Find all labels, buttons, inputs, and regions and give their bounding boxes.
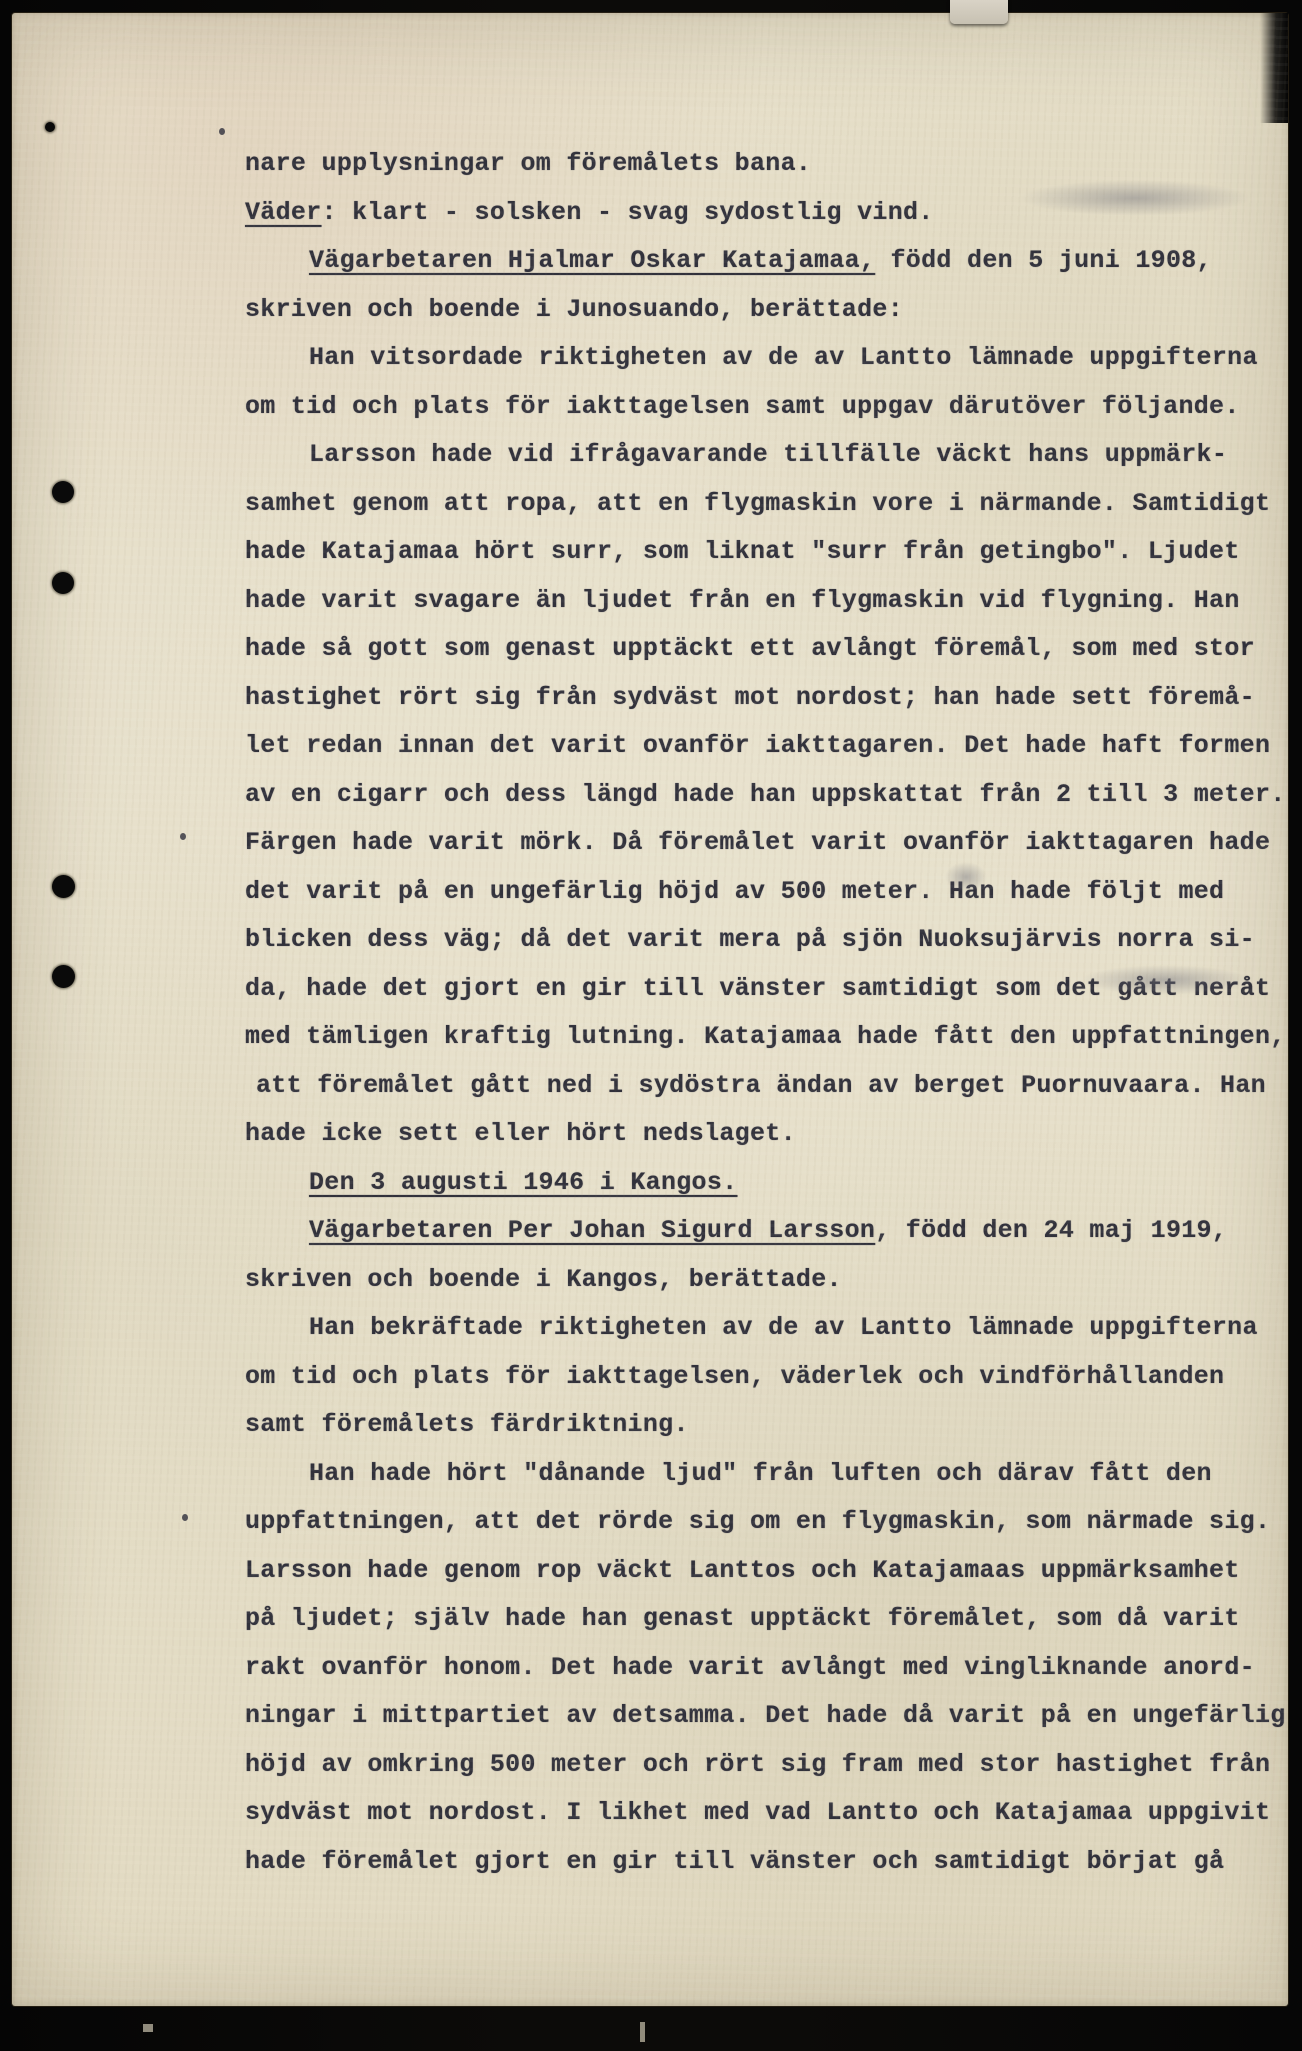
punch-hole: [52, 481, 74, 503]
text-line: rakt ovanför honom. Det hade varit avlån…: [245, 1644, 1284, 1693]
text-segment: Larsson hade genom rop väckt Lanttos och…: [245, 1556, 1240, 1585]
text-line: hade så gott som genast upptäckt ett avl…: [245, 625, 1284, 674]
text-segment: nare upplysningar om föremålets bana.: [245, 149, 811, 178]
text-segment: ningar i mittpartiet av detsamma. Det ha…: [245, 1701, 1286, 1730]
text-segment: om tid och plats för iakttagelsen, väder…: [245, 1362, 1224, 1391]
text-line: höjd av omkring 500 meter och rört sig f…: [245, 1741, 1284, 1790]
text-line: sydväst mot nordost. I likhet med vad La…: [245, 1789, 1284, 1838]
punch-hole: [52, 875, 75, 898]
text-segment: född den 5 juni 1908,: [875, 246, 1212, 275]
text-segment: med tämligen kraftig lutning. Katajamaa …: [245, 1022, 1286, 1051]
text-segment: uppfattningen, att det rörde sig om en f…: [245, 1507, 1270, 1536]
text-segment: Han bekräftade riktigheten av de av Lant…: [309, 1313, 1258, 1342]
text-line: att föremålet gått ned i sydöstra ändan …: [245, 1062, 1284, 1111]
text-segment: samt föremålets färdriktning.: [245, 1410, 689, 1439]
punch-hole: [45, 122, 55, 132]
corner-tab: [950, 0, 1008, 24]
text-segment: av en cigarr och dess längd hade han upp…: [245, 780, 1286, 809]
punch-hole: [52, 965, 75, 988]
text-segment: hade så gott som genast upptäckt ett avl…: [245, 634, 1255, 663]
text-line: Vägarbetaren Per Johan Sigurd Larsson, f…: [245, 1207, 1284, 1256]
text-segment: Han hade hört "dånande ljud" från luften…: [309, 1459, 1212, 1488]
text-line: samhet genom att ropa, att en flygmaskin…: [245, 480, 1284, 529]
text-segment: hade varit svagare än ljudet från en fly…: [245, 586, 1240, 615]
text-line: på ljudet; själv hade han genast upptäck…: [245, 1595, 1284, 1644]
text-segment: blicken dess väg; då det varit mera på s…: [245, 925, 1255, 954]
text-line: Han vitsordade riktigheten av de av Lant…: [245, 334, 1284, 383]
text-line: let redan innan det varit ovanför iaktta…: [245, 722, 1284, 771]
scanned-page: nare upplysningar om föremålets bana.Väd…: [0, 0, 1302, 2051]
text-segment: sydväst mot nordost. I likhet med vad La…: [245, 1798, 1270, 1827]
text-segment: om tid och plats för iakttagelsen samt u…: [245, 392, 1240, 421]
text-segment: höjd av omkring 500 meter och rört sig f…: [245, 1750, 1270, 1779]
text-segment: samhet genom att ropa, att en flygmaskin…: [245, 489, 1270, 518]
text-line: skriven och boende i Junosuando, berätta…: [245, 286, 1284, 335]
punch-hole: [52, 572, 74, 594]
text-line: hade icke sett eller hört nedslaget.: [245, 1110, 1284, 1159]
underlined-text: Väder: [245, 198, 322, 227]
text-line: samt föremålets färdriktning.: [245, 1401, 1284, 1450]
document-text: nare upplysningar om föremålets bana.Väd…: [245, 140, 1284, 1886]
text-line: hade varit svagare än ljudet från en fly…: [245, 577, 1284, 626]
text-segment: på ljudet; själv hade han genast upptäck…: [245, 1604, 1240, 1633]
text-line: det varit på en ungefärlig höjd av 500 m…: [245, 868, 1284, 917]
text-segment: hastighet rört sig från sydväst mot nord…: [245, 683, 1255, 712]
ink-dot-artifact: [182, 1514, 188, 1521]
text-segment: det varit på en ungefärlig höjd av 500 m…: [245, 877, 1224, 906]
underlined-text: Den 3 augusti 1946 i Kangos.: [309, 1168, 737, 1197]
text-line: hade Katajamaa hört surr, som liknat "su…: [245, 528, 1284, 577]
text-segment: hade föremålet gjort en gir till vänster…: [245, 1847, 1224, 1876]
text-line: skriven och boende i Kangos, berättade.: [245, 1256, 1284, 1305]
text-segment: skriven och boende i Junosuando, berätta…: [245, 295, 903, 324]
text-line: ningar i mittpartiet av detsamma. Det ha…: [245, 1692, 1284, 1741]
text-line: Larsson hade genom rop väckt Lanttos och…: [245, 1547, 1284, 1596]
text-segment: let redan innan det varit ovanför iaktta…: [245, 731, 1270, 760]
text-line: Larsson hade vid ifrågavarande tillfälle…: [245, 431, 1284, 480]
text-line: om tid och plats för iakttagelsen, väder…: [245, 1353, 1284, 1402]
text-line: Vägarbetaren Hjalmar Oskar Katajamaa, fö…: [245, 237, 1284, 286]
smudge-artifact: [945, 862, 987, 892]
text-line: Han bekräftade riktigheten av de av Lant…: [245, 1304, 1284, 1353]
text-line: hade föremålet gjort en gir till vänster…: [245, 1838, 1284, 1887]
paper-corner-shadow: [1260, 13, 1288, 123]
paper-edge-mark: [143, 2024, 153, 2032]
ink-dot-artifact: [219, 128, 225, 135]
underlined-text: Vägarbetaren Hjalmar Oskar Katajamaa,: [309, 246, 875, 275]
text-line: blicken dess väg; då det varit mera på s…: [245, 916, 1284, 965]
text-line: Den 3 augusti 1946 i Kangos.: [245, 1159, 1284, 1208]
paper-sheet: nare upplysningar om föremålets bana.Väd…: [12, 13, 1288, 2006]
smudge-artifact: [1020, 180, 1250, 216]
text-segment: : klart - solsken - svag sydostlig vind.: [322, 198, 934, 227]
text-line: uppfattningen, att det rörde sig om en f…: [245, 1498, 1284, 1547]
text-line: Färgen hade varit mörk. Då föremålet var…: [245, 819, 1284, 868]
text-segment: Färgen hade varit mörk. Då föremålet var…: [245, 828, 1270, 857]
smudge-artifact: [1080, 965, 1250, 995]
text-line: hastighet rört sig från sydväst mot nord…: [245, 674, 1284, 723]
paper-edge-mark: [640, 2022, 645, 2042]
underlined-text: Vägarbetaren Per Johan Sigurd Larsson: [309, 1216, 875, 1245]
text-segment: skriven och boende i Kangos, berättade.: [245, 1265, 842, 1294]
text-segment: Han vitsordade riktigheten av de av Lant…: [309, 343, 1258, 372]
text-line: om tid och plats för iakttagelsen samt u…: [245, 383, 1284, 432]
text-segment: , född den 24 maj 1919,: [875, 1216, 1227, 1245]
ink-dot-artifact: [180, 833, 186, 840]
text-segment: rakt ovanför honom. Det hade varit avlån…: [245, 1653, 1255, 1682]
text-line: av en cigarr och dess längd hade han upp…: [245, 771, 1284, 820]
text-segment: hade icke sett eller hört nedslaget.: [245, 1119, 796, 1148]
text-segment: att föremålet gått ned i sydöstra ändan …: [256, 1071, 1266, 1100]
text-line: Han hade hört "dånande ljud" från luften…: [245, 1450, 1284, 1499]
text-segment: Larsson hade vid ifrågavarande tillfälle…: [309, 440, 1227, 469]
text-line: med tämligen kraftig lutning. Katajamaa …: [245, 1013, 1284, 1062]
text-segment: hade Katajamaa hört surr, som liknat "su…: [245, 537, 1240, 566]
